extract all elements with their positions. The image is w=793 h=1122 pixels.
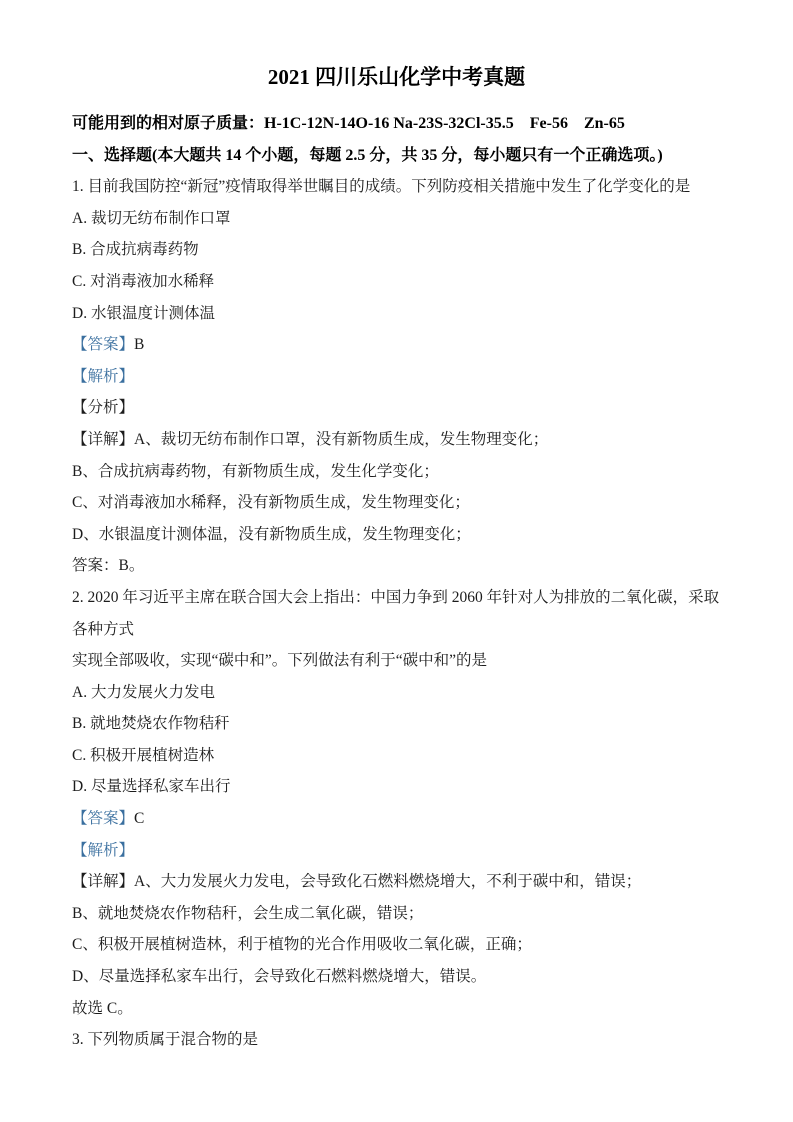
question-1-conclusion: 答案：B。 <box>72 550 721 582</box>
document-page: 2021 四川乐山化学中考真题 可能用到的相对原子质量：H-1C-12N-14O… <box>0 0 793 1122</box>
question-1-detail-c: C、对消毒液加水稀释，没有新物质生成，发生物理变化； <box>72 487 721 519</box>
question-1-option-b: B. 合成抗病毒药物 <box>72 234 721 266</box>
question-2-detail-a: 【详解】A、大力发展火力发电，会导致化石燃料燃烧增大，不利于碳中和，错误； <box>72 866 721 898</box>
answer-value: B <box>134 336 144 353</box>
question-1-analysis-label: 【解析】 <box>72 361 721 393</box>
question-2-detail-c: C、积极开展植树造林，利于植物的光合作用吸收二氧化碳，正确； <box>72 929 721 961</box>
question-2-answer-line: 【答案】C <box>72 803 721 835</box>
question-2-conclusion: 故选 C。 <box>72 993 721 1025</box>
answer-label: 【答案】 <box>72 336 134 353</box>
question-1-detail-d: D、水银温度计测体温，没有新物质生成，发生物理变化； <box>72 519 721 551</box>
question-2-option-d: D. 尽量选择私家车出行 <box>72 771 721 803</box>
answer-value: C <box>134 810 144 827</box>
question-2-option-c: C. 积极开展植树造林 <box>72 740 721 772</box>
question-1-stem: 1. 目前我国防控“新冠”疫情取得举世瞩目的成绩。下列防疫相关措施中发生了化学变… <box>72 171 721 203</box>
question-2-analysis-label: 【解析】 <box>72 835 721 867</box>
question-1-detail-b: B、合成抗病毒药物，有新物质生成，发生化学变化； <box>72 456 721 488</box>
question-1-answer-line: 【答案】B <box>72 329 721 361</box>
question-2-detail-d: D、尽量选择私家车出行，会导致化石燃料燃烧增大，错误。 <box>72 961 721 993</box>
question-2-option-b: B. 就地焚烧农作物秸秆 <box>72 708 721 740</box>
question-2-stem-line1: 2. 2020 年习近平主席在联合国大会上指出：中国力争到 2060 年针对人为… <box>72 582 721 645</box>
question-3-stem: 3. 下列物质属于混合物的是 <box>72 1024 721 1056</box>
question-1-option-a: A. 裁切无纺布制作口罩 <box>72 203 721 235</box>
question-1-option-d: D. 水银温度计测体温 <box>72 298 721 330</box>
question-2-stem-line2: 实现全部吸收，实现“碳中和”。下列做法有利于“碳中和”的是 <box>72 645 721 677</box>
question-2-detail-b: B、就地焚烧农作物秸秆，会生成二氧化碳，错误； <box>72 898 721 930</box>
question-1-analysis-heading: 【分析】 <box>72 392 721 424</box>
atomic-mass-note: 可能用到的相对原子质量：H-1C-12N-14O-16 Na-23S-32Cl-… <box>72 108 721 140</box>
analysis-label: 【解析】 <box>72 842 134 859</box>
question-1-detail-a: 【详解】A、裁切无纺布制作口罩，没有新物质生成，发生物理变化； <box>72 424 721 456</box>
answer-label: 【答案】 <box>72 810 134 827</box>
section-heading: 一、选择题(本大题共 14 个小题，每题 2.5 分，共 35 分，每小题只有一… <box>72 140 721 172</box>
analysis-label: 【解析】 <box>72 368 134 385</box>
exam-title: 2021 四川乐山化学中考真题 <box>72 62 721 92</box>
question-1-option-c: C. 对消毒液加水稀释 <box>72 266 721 298</box>
question-2-option-a: A. 大力发展火力发电 <box>72 677 721 709</box>
